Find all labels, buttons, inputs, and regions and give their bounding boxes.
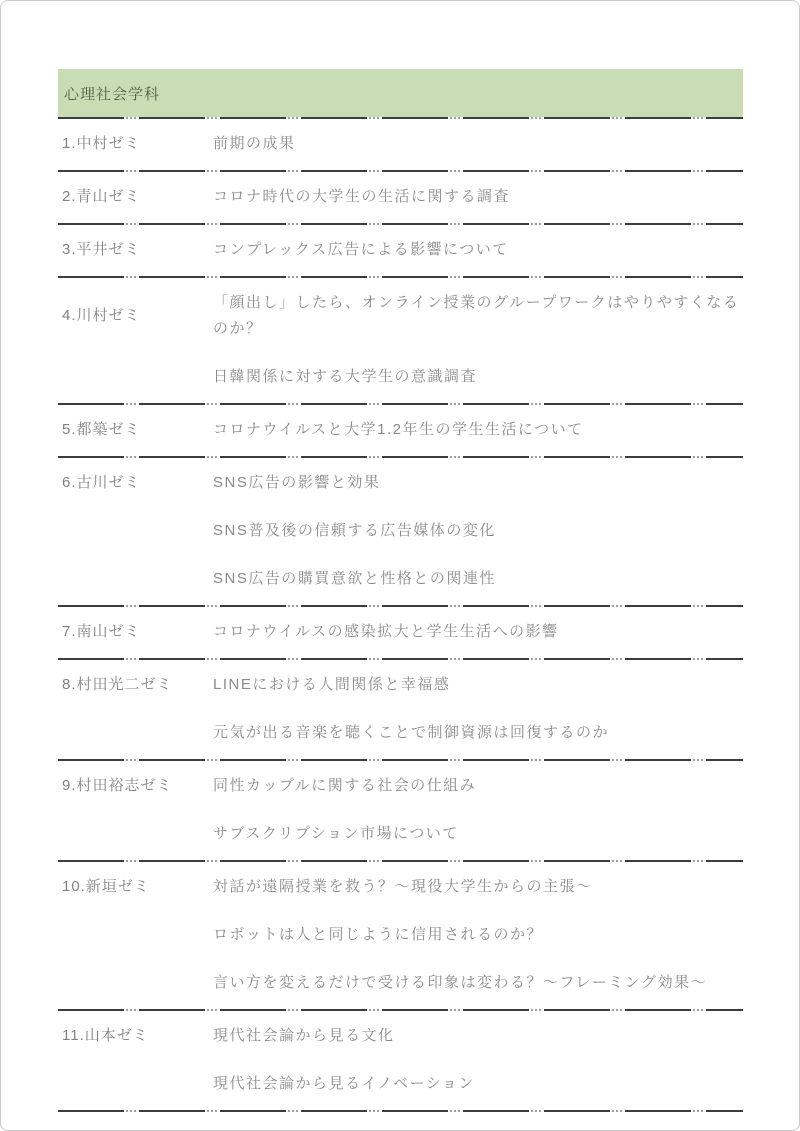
topic-list: 前期の成果	[213, 131, 743, 157]
seminar-row: 8.村田光二ゼミ LINEにおける人間関係と幸福感 元気が出る音楽を聴くことで制…	[58, 660, 743, 759]
topic-list: コロナ時代の大学生の生活に関する調査	[213, 184, 743, 210]
seminar-name: 2.青山ゼミ	[58, 184, 213, 210]
topic-list: コンプレックス広告による影響について	[213, 237, 743, 263]
topic-text: 言い方を変えるだけで受ける印象は変わる？～フレーミング効果～	[213, 970, 743, 996]
topic-list: SNS広告の影響と効果 SNS普及後の信頼する広告媒体の変化 SNS広告の購買意…	[213, 470, 743, 592]
topic-text: コロナウイルスと大学1.2年生の学生生活について	[213, 417, 743, 443]
topic-list: LINEにおける人間関係と幸福感 元気が出る音楽を聴くことで制御資源は回復するの…	[213, 672, 743, 746]
topic-text: SNS普及後の信頼する広告媒体の変化	[213, 518, 743, 544]
topic-text: 現代社会論から見る文化	[213, 1023, 743, 1049]
department-header: 心理社会学科	[58, 69, 743, 117]
seminar-row: 2.青山ゼミ コロナ時代の大学生の生活に関する調査	[58, 172, 743, 223]
topic-text: LINEにおける人間関係と幸福感	[213, 672, 743, 698]
topic-text: 同性カップルに関する社会の仕組み	[213, 773, 743, 799]
seminar-name: 3.平井ゼミ	[58, 237, 213, 263]
topic-text: 前期の成果	[213, 131, 743, 157]
department-header-label: 心理社会学科	[64, 83, 160, 104]
topic-text: SNS広告の影響と効果	[213, 470, 743, 496]
topic-text: コロナ時代の大学生の生活に関する調査	[213, 184, 743, 210]
topic-text: ロボットは人と同じように信用されるのか？	[213, 922, 743, 948]
topic-list: コロナウイルスと大学1.2年生の学生生活について	[213, 417, 743, 443]
topic-list: コロナウイルスの感染拡大と学生生活への影響	[213, 619, 743, 645]
seminar-row: 10.新垣ゼミ 対話が遠隔授業を救う？～現役大学生からの主張～ ロボットは人と同…	[58, 862, 743, 1009]
seminar-row: 11.山本ゼミ 現代社会論から見る文化 現代社会論から見るイノベーション	[58, 1011, 743, 1110]
topic-list: 現代社会論から見る文化 現代社会論から見るイノベーション	[213, 1023, 743, 1097]
topic-list: 対話が遠隔授業を救う？～現役大学生からの主張～ ロボットは人と同じように信用され…	[213, 874, 743, 996]
seminar-name: 6.古川ゼミ	[58, 470, 213, 496]
seminar-name: 1.中村ゼミ	[58, 131, 213, 157]
seminar-name: 11.山本ゼミ	[58, 1023, 213, 1049]
row-divider	[58, 1110, 743, 1112]
seminar-name: 5.都築ゼミ	[58, 417, 213, 443]
topic-list: 同性カップルに関する社会の仕組み サブスクリプション市場について	[213, 773, 743, 847]
topic-text: コンプレックス広告による影響について	[213, 237, 743, 263]
seminar-row: 7.南山ゼミ コロナウイルスの感染拡大と学生生活への影響	[58, 607, 743, 658]
seminar-name: 4.川村ゼミ	[58, 290, 213, 329]
topic-list: 「顔出し」したら、オンライン授業のグループワークはやりやすくなるのか？ 日韓関係…	[213, 290, 743, 390]
seminar-row: 4.川村ゼミ 「顔出し」したら、オンライン授業のグループワークはやりやすくなるの…	[58, 278, 743, 403]
seminar-name: 10.新垣ゼミ	[58, 874, 213, 900]
topic-text: 日韓関係に対する大学生の意識調査	[213, 364, 743, 390]
topic-text: 元気が出る音楽を聴くことで制御資源は回復するのか	[213, 720, 743, 746]
seminar-row: 1.中村ゼミ 前期の成果	[58, 119, 743, 170]
topic-text: SNS広告の購買意欲と性格との関連性	[213, 566, 743, 592]
seminar-row: 5.都築ゼミ コロナウイルスと大学1.2年生の学生生活について	[58, 405, 743, 456]
topic-text: 対話が遠隔授業を救う？～現役大学生からの主張～	[213, 874, 743, 900]
seminar-name: 7.南山ゼミ	[58, 619, 213, 645]
topic-text: サブスクリプション市場について	[213, 821, 743, 847]
seminar-name: 8.村田光二ゼミ	[58, 672, 213, 698]
seminar-row: 9.村田裕志ゼミ 同性カップルに関する社会の仕組み サブスクリプション市場につい…	[58, 761, 743, 860]
seminar-table: 心理社会学科 1.中村ゼミ 前期の成果 2.青山ゼミ コロナ時代の大学生の生活に…	[58, 69, 743, 1112]
topic-text: コロナウイルスの感染拡大と学生生活への影響	[213, 619, 743, 645]
seminar-row: 3.平井ゼミ コンプレックス広告による影響について	[58, 225, 743, 276]
topic-text: 「顔出し」したら、オンライン授業のグループワークはやりやすくなるのか？	[213, 290, 743, 342]
seminar-row: 6.古川ゼミ SNS広告の影響と効果 SNS普及後の信頼する広告媒体の変化 SN…	[58, 458, 743, 605]
document-page: 心理社会学科 1.中村ゼミ 前期の成果 2.青山ゼミ コロナ時代の大学生の生活に…	[0, 0, 800, 1131]
seminar-name: 9.村田裕志ゼミ	[58, 773, 213, 799]
topic-text: 現代社会論から見るイノベーション	[213, 1071, 743, 1097]
